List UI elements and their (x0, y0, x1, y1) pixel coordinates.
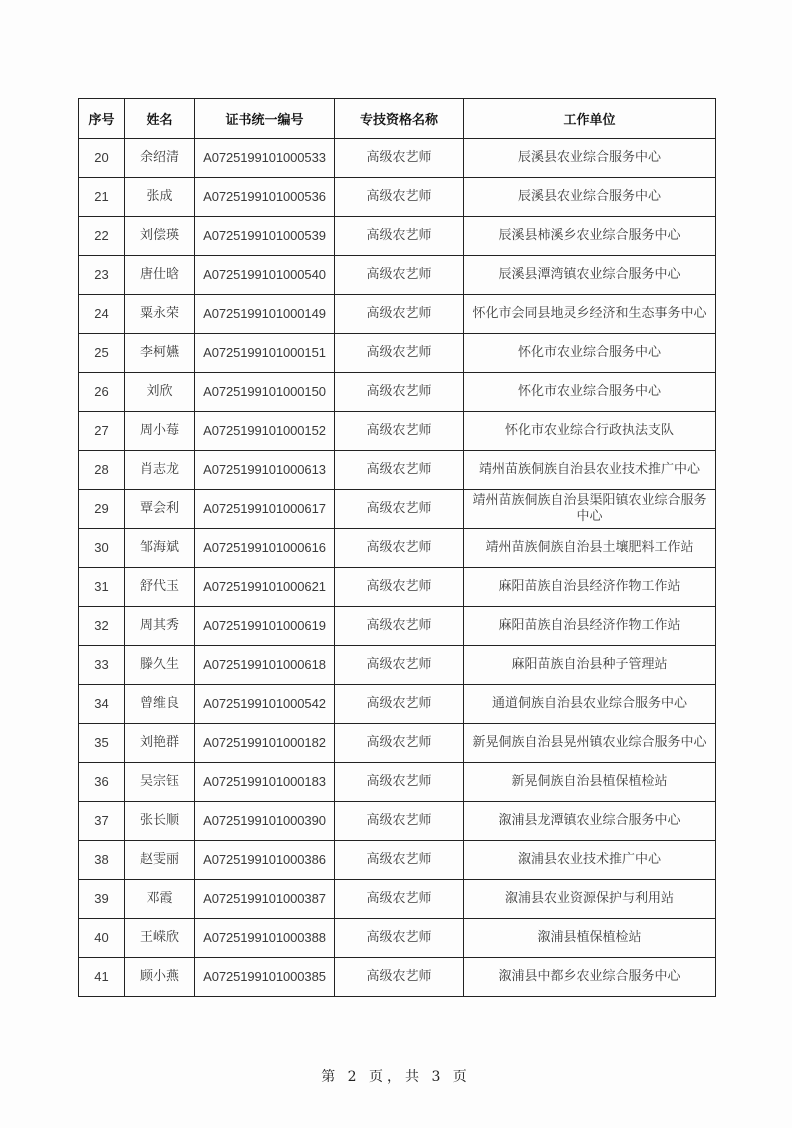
table-row: 37张长顺A0725199101000390高级农艺师溆浦县龙潭镇农业综合服务中… (79, 802, 716, 841)
row-certificate-number: A0725199101000540 (195, 256, 335, 295)
row-name: 舒代玉 (125, 568, 195, 607)
table-row: 35刘艳群A0725199101000182高级农艺师新晃侗族自治县晃州镇农业综… (79, 724, 716, 763)
row-qualification: 高级农艺师 (335, 139, 464, 178)
header-qualification: 专技资格名称 (335, 99, 464, 139)
row-name: 张长顺 (125, 802, 195, 841)
row-name: 肖志龙 (125, 451, 195, 490)
row-work-unit: 靖州苗族侗族自治县土壤肥料工作站 (464, 529, 716, 568)
row-index: 39 (79, 880, 125, 919)
table-row: 32周其秀A0725199101000619高级农艺师麻阳苗族自治县经济作物工作… (79, 607, 716, 646)
table-row: 33滕久生A0725199101000618高级农艺师麻阳苗族自治县种子管理站 (79, 646, 716, 685)
row-index: 41 (79, 958, 125, 997)
row-work-unit: 辰溪县农业综合服务中心 (464, 178, 716, 217)
row-name: 刘艳群 (125, 724, 195, 763)
row-name: 刘偿瑛 (125, 217, 195, 256)
row-work-unit: 麻阳苗族自治县经济作物工作站 (464, 607, 716, 646)
row-name: 赵雯丽 (125, 841, 195, 880)
row-name: 王嵘欣 (125, 919, 195, 958)
row-certificate-number: A0725199101000613 (195, 451, 335, 490)
row-certificate-number: A0725199101000536 (195, 178, 335, 217)
row-work-unit: 怀化市农业综合行政执法支队 (464, 412, 716, 451)
header-work-unit: 工作单位 (464, 99, 716, 139)
row-name: 张成 (125, 178, 195, 217)
row-name: 滕久生 (125, 646, 195, 685)
row-qualification: 高级农艺师 (335, 958, 464, 997)
row-index: 27 (79, 412, 125, 451)
row-certificate-number: A0725199101000387 (195, 880, 335, 919)
row-qualification: 高级农艺师 (335, 685, 464, 724)
row-index: 31 (79, 568, 125, 607)
row-qualification: 高级农艺师 (335, 256, 464, 295)
row-qualification: 高级农艺师 (335, 451, 464, 490)
table-row: 21张成A0725199101000536高级农艺师辰溪县农业综合服务中心 (79, 178, 716, 217)
row-certificate-number: A0725199101000388 (195, 919, 335, 958)
qualification-roster-table: 序号 姓名 证书统一编号 专技资格名称 工作单位 20余绍清A072519910… (78, 98, 716, 997)
row-name: 粟永荣 (125, 295, 195, 334)
table-row: 26刘欣A0725199101000150高级农艺师怀化市农业综合服务中心 (79, 373, 716, 412)
row-work-unit: 溆浦县龙潭镇农业综合服务中心 (464, 802, 716, 841)
row-index: 30 (79, 529, 125, 568)
row-qualification: 高级农艺师 (335, 490, 464, 529)
row-work-unit: 辰溪县潭湾镇农业综合服务中心 (464, 256, 716, 295)
row-work-unit: 辰溪县柿溪乡农业综合服务中心 (464, 217, 716, 256)
row-certificate-number: A0725199101000385 (195, 958, 335, 997)
table-body: 20余绍清A0725199101000533高级农艺师辰溪县农业综合服务中心21… (79, 139, 716, 997)
row-certificate-number: A0725199101000542 (195, 685, 335, 724)
table-row: 38赵雯丽A0725199101000386高级农艺师溆浦县农业技术推广中心 (79, 841, 716, 880)
row-certificate-number: A0725199101000182 (195, 724, 335, 763)
table-header-row: 序号 姓名 证书统一编号 专技资格名称 工作单位 (79, 99, 716, 139)
row-index: 32 (79, 607, 125, 646)
row-certificate-number: A0725199101000619 (195, 607, 335, 646)
row-index: 24 (79, 295, 125, 334)
row-index: 33 (79, 646, 125, 685)
row-certificate-number: A0725199101000151 (195, 334, 335, 373)
row-work-unit: 怀化市农业综合服务中心 (464, 373, 716, 412)
row-index: 26 (79, 373, 125, 412)
table-row: 31舒代玉A0725199101000621高级农艺师麻阳苗族自治县经济作物工作… (79, 568, 716, 607)
row-qualification: 高级农艺师 (335, 568, 464, 607)
table-row: 27周小莓A0725199101000152高级农艺师怀化市农业综合行政执法支队 (79, 412, 716, 451)
table-row: 22刘偿瑛A0725199101000539高级农艺师辰溪县柿溪乡农业综合服务中… (79, 217, 716, 256)
page-number: 第 2 页，共 3 页 (0, 1066, 792, 1086)
table-row: 28肖志龙A0725199101000613高级农艺师靖州苗族侗族自治县农业技术… (79, 451, 716, 490)
table-row: 40王嵘欣A0725199101000388高级农艺师溆浦县植保植检站 (79, 919, 716, 958)
table-row: 39邓霞A0725199101000387高级农艺师溆浦县农业资源保护与利用站 (79, 880, 716, 919)
row-qualification: 高级农艺师 (335, 334, 464, 373)
row-index: 23 (79, 256, 125, 295)
row-qualification: 高级农艺师 (335, 763, 464, 802)
row-index: 21 (79, 178, 125, 217)
row-index: 40 (79, 919, 125, 958)
row-work-unit: 溆浦县农业资源保护与利用站 (464, 880, 716, 919)
row-certificate-number: A0725199101000533 (195, 139, 335, 178)
row-name: 邹海斌 (125, 529, 195, 568)
row-name: 顾小燕 (125, 958, 195, 997)
row-work-unit: 新晃侗族自治县植保植检站 (464, 763, 716, 802)
row-name: 邓霞 (125, 880, 195, 919)
row-certificate-number: A0725199101000390 (195, 802, 335, 841)
row-work-unit: 溆浦县植保植检站 (464, 919, 716, 958)
row-index: 35 (79, 724, 125, 763)
row-work-unit: 溆浦县农业技术推广中心 (464, 841, 716, 880)
row-certificate-number: A0725199101000617 (195, 490, 335, 529)
row-index: 34 (79, 685, 125, 724)
row-certificate-number: A0725199101000183 (195, 763, 335, 802)
row-name: 曾维良 (125, 685, 195, 724)
table-row: 23唐仕晗A0725199101000540高级农艺师辰溪县潭湾镇农业综合服务中… (79, 256, 716, 295)
row-name: 余绍清 (125, 139, 195, 178)
table-row: 30邹海斌A0725199101000616高级农艺师靖州苗族侗族自治县土壤肥料… (79, 529, 716, 568)
row-certificate-number: A0725199101000386 (195, 841, 335, 880)
row-name: 唐仕晗 (125, 256, 195, 295)
table-row: 20余绍清A0725199101000533高级农艺师辰溪县农业综合服务中心 (79, 139, 716, 178)
row-index: 28 (79, 451, 125, 490)
row-index: 29 (79, 490, 125, 529)
row-index: 37 (79, 802, 125, 841)
table-row: 24粟永荣A0725199101000149高级农艺师怀化市会同县地灵乡经济和生… (79, 295, 716, 334)
row-certificate-number: A0725199101000621 (195, 568, 335, 607)
row-qualification: 高级农艺师 (335, 841, 464, 880)
table-row: 29覃会利A0725199101000617高级农艺师靖州苗族侗族自治县渠阳镇农… (79, 490, 716, 529)
row-certificate-number: A0725199101000616 (195, 529, 335, 568)
row-index: 20 (79, 139, 125, 178)
row-work-unit: 新晃侗族自治县晃州镇农业综合服务中心 (464, 724, 716, 763)
row-certificate-number: A0725199101000152 (195, 412, 335, 451)
row-work-unit: 靖州苗族侗族自治县渠阳镇农业综合服务中心 (464, 490, 716, 529)
row-qualification: 高级农艺师 (335, 724, 464, 763)
row-index: 36 (79, 763, 125, 802)
row-work-unit: 通道侗族自治县农业综合服务中心 (464, 685, 716, 724)
row-name: 刘欣 (125, 373, 195, 412)
header-certificate-number: 证书统一编号 (195, 99, 335, 139)
row-qualification: 高级农艺师 (335, 802, 464, 841)
row-name: 周其秀 (125, 607, 195, 646)
row-qualification: 高级农艺师 (335, 295, 464, 334)
row-qualification: 高级农艺师 (335, 529, 464, 568)
row-qualification: 高级农艺师 (335, 217, 464, 256)
row-work-unit: 溆浦县中都乡农业综合服务中心 (464, 958, 716, 997)
row-index: 22 (79, 217, 125, 256)
header-index: 序号 (79, 99, 125, 139)
row-name: 覃会利 (125, 490, 195, 529)
row-qualification: 高级农艺师 (335, 412, 464, 451)
row-certificate-number: A0725199101000150 (195, 373, 335, 412)
row-work-unit: 辰溪县农业综合服务中心 (464, 139, 716, 178)
row-name: 李柯嬿 (125, 334, 195, 373)
row-qualification: 高级农艺师 (335, 178, 464, 217)
row-work-unit: 麻阳苗族自治县种子管理站 (464, 646, 716, 685)
table-row: 41顾小燕A0725199101000385高级农艺师溆浦县中都乡农业综合服务中… (79, 958, 716, 997)
row-certificate-number: A0725199101000618 (195, 646, 335, 685)
header-name: 姓名 (125, 99, 195, 139)
row-qualification: 高级农艺师 (335, 919, 464, 958)
document-page: 序号 姓名 证书统一编号 专技资格名称 工作单位 20余绍清A072519910… (0, 0, 792, 1128)
table-row: 34曾维良A0725199101000542高级农艺师通道侗族自治县农业综合服务… (79, 685, 716, 724)
row-qualification: 高级农艺师 (335, 373, 464, 412)
row-work-unit: 怀化市会同县地灵乡经济和生态事务中心 (464, 295, 716, 334)
row-index: 38 (79, 841, 125, 880)
row-certificate-number: A0725199101000539 (195, 217, 335, 256)
row-certificate-number: A0725199101000149 (195, 295, 335, 334)
row-qualification: 高级农艺师 (335, 880, 464, 919)
table-row: 36吴宗钰A0725199101000183高级农艺师新晃侗族自治县植保植检站 (79, 763, 716, 802)
row-qualification: 高级农艺师 (335, 646, 464, 685)
row-work-unit: 靖州苗族侗族自治县农业技术推广中心 (464, 451, 716, 490)
row-name: 吴宗钰 (125, 763, 195, 802)
row-name: 周小莓 (125, 412, 195, 451)
table-row: 25李柯嬿A0725199101000151高级农艺师怀化市农业综合服务中心 (79, 334, 716, 373)
row-qualification: 高级农艺师 (335, 607, 464, 646)
row-work-unit: 麻阳苗族自治县经济作物工作站 (464, 568, 716, 607)
row-work-unit: 怀化市农业综合服务中心 (464, 334, 716, 373)
row-index: 25 (79, 334, 125, 373)
